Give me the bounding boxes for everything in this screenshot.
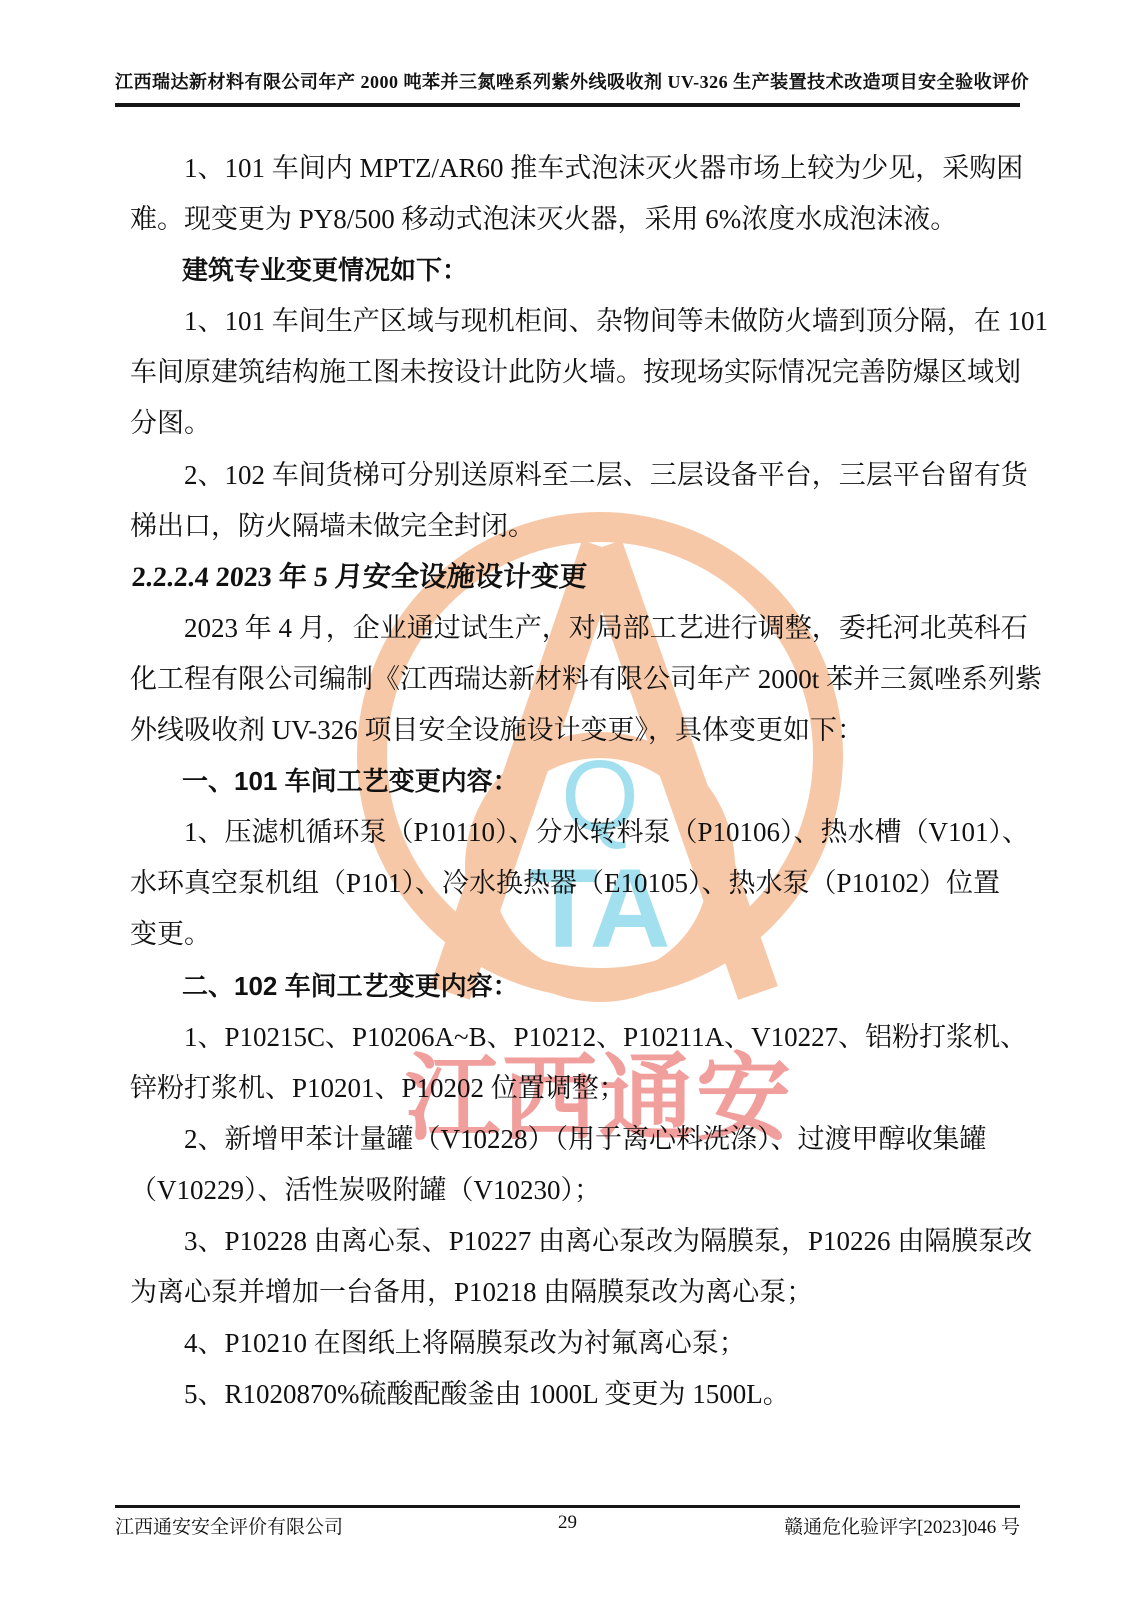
footer-doc-number: 赣通危化验评字[2023]046 号 [784,1512,1020,1539]
body-line: （V10229）、活性炭吸附罐（V10230）； [130,1165,1025,1216]
body-line: 4、P10210 在图纸上将隔膜泵改为衬氟离心泵； [130,1318,1025,1369]
body-line: 变更。 [130,909,1025,960]
body-line: 建筑专业变更情况如下： [130,245,1025,296]
body-line: 梯出口，防火隔墙未做完全封闭。 [130,501,1025,552]
body-line: 水环真空泵机组（P101）、冷水换热器（E10105）、热水泵（P10102）位… [130,858,1025,909]
body-line: 车间原建筑结构施工图未按设计此防火墙。按现场实际情况完善防爆区域划 [130,347,1025,398]
body-line: 1、101 车间内 MPTZ/AR60 推车式泡沫灭火器市场上较为少见，采购困 [130,143,1025,194]
body-line: 2、新增甲苯计量罐（V10228）（用于离心料洗涤）、过渡甲醇收集罐 [130,1114,1025,1165]
body-line: 2.2.2.4 2023 年 5 月安全设施设计变更 [130,552,1029,603]
body-line: 锌粉打浆机、P10201、P10202 位置调整； [130,1063,1025,1114]
body-line: 化工程有限公司编制《江西瑞达新材料有限公司年产 2000t 苯并三氮唑系列紫 [130,654,1025,705]
body-line: 1、101 车间生产区域与现机柜间、杂物间等未做防火墙到顶分隔，在 101 [130,296,1025,347]
body-line: 分图。 [130,398,1025,449]
body-line: 5、R1020870%硫酸配酸釜由 1000L 变更为 1500L。 [130,1369,1025,1420]
body-line: 1、压滤机循环泵（P10110）、分水转料泵（P10106）、热水槽（V101）… [130,807,1025,858]
body-line: 1、P10215C、P10206A~B、P10212、P10211A、V1022… [130,1012,1025,1063]
document-page: 江西瑞达新材料有限公司年产 2000 吨苯并三氮唑系列紫外线吸收剂 UV-326… [0,0,1131,1600]
body-line: 一、101 车间工艺变更内容： [130,756,1025,807]
header-rule [115,103,1020,107]
body-text: 1、101 车间内 MPTZ/AR60 推车式泡沫灭火器市场上较为少见，采购困难… [130,143,1025,1420]
body-line: 为离心泵并增加一台备用，P10218 由隔膜泵改为离心泵； [130,1267,1025,1318]
footer-rule [115,1505,1020,1508]
body-line: 难。现变更为 PY8/500 移动式泡沫灭火器，采用 6%浓度水成泡沫液。 [130,194,1025,245]
page-header-title: 江西瑞达新材料有限公司年产 2000 吨苯并三氮唑系列紫外线吸收剂 UV-326… [115,68,1020,94]
body-line: 3、P10228 由离心泵、P10227 由离心泵改为隔膜泵，P10226 由隔… [130,1216,1025,1267]
body-line: 2、102 车间货梯可分别送原料至二层、三层设备平台，三层平台留有货 [130,450,1025,501]
body-line: 2023 年 4 月，企业通过试生产，对局部工艺进行调整，委托河北英科石 [130,603,1025,654]
body-line: 外线吸收剂 UV-326 项目安全设施设计变更》，具体变更如下： [130,705,1025,756]
body-line: 二、102 车间工艺变更内容： [130,961,1025,1012]
